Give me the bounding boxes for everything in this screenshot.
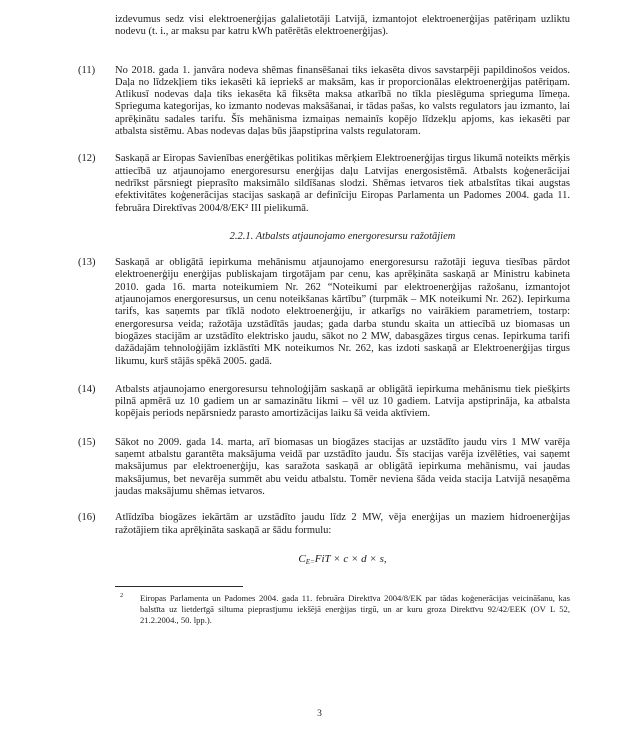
footnote-area: 2 Eiropas Parlamenta un Padomes 2004. ga…	[78, 586, 570, 626]
tariff-formula: CE=FiT × c × d × s,	[115, 553, 570, 568]
paragraph-number: (15)	[78, 437, 115, 449]
page-number: 3	[0, 708, 639, 720]
paragraph-11: (11) No 2018. gada 1. janvāra nodeva shē…	[78, 65, 570, 139]
paragraph-text: Atlīdzība biogāzes iekārtām ar uzstādīto…	[115, 512, 570, 537]
paragraph-text: Atbalsts atjaunojamo energoresursu tehno…	[115, 384, 570, 421]
footnote-2: 2 Eiropas Parlamenta un Padomes 2004. ga…	[115, 593, 570, 626]
paragraph-number: (13)	[78, 257, 115, 269]
footnote-marker: 2	[115, 591, 140, 602]
paragraph-text: Saskaņā ar obligātā iepirkuma mehānismu …	[115, 257, 570, 368]
formula-expression: FiT × c × d × s,	[315, 553, 387, 565]
paragraph-14: (14) Atbalsts atjaunojamo energoresursu …	[78, 384, 570, 421]
document-page: izdevumus sedz visi elektroenerģijas gal…	[0, 0, 639, 737]
section-heading: 2.2.1. Atbalsts atjaunojamo energoresurs…	[115, 231, 570, 243]
intro-continuation-paragraph: izdevumus sedz visi elektroenerģijas gal…	[115, 14, 570, 39]
paragraph-number: (11)	[78, 65, 115, 77]
paragraph-text: Saskaņā ar Eiropas Savienības enerģētika…	[115, 153, 570, 214]
footnote-separator	[115, 586, 243, 587]
paragraph-15: (15) Sākot no 2009. gada 14. marta, arī …	[78, 437, 570, 498]
footnote-text: Eiropas Parlamenta un Padomes 2004. gada…	[140, 593, 570, 626]
paragraph-number: (12)	[78, 153, 115, 165]
paragraph-number: (14)	[78, 384, 115, 396]
formula-variable: C	[298, 553, 305, 565]
paragraph-12: (12) Saskaņā ar Eiropas Savienības enerģ…	[78, 153, 570, 214]
paragraph-text: No 2018. gada 1. janvāra nodeva shēmas f…	[115, 65, 570, 139]
paragraph-number: (16)	[78, 512, 115, 524]
formula-subscript: E=	[306, 558, 315, 566]
paragraph-13: (13) Saskaņā ar obligātā iepirkuma mehān…	[78, 257, 570, 368]
paragraph-text: Sākot no 2009. gada 14. marta, arī bioma…	[115, 437, 570, 498]
paragraph-16: (16) Atlīdzība biogāzes iekārtām ar uzst…	[78, 512, 570, 537]
